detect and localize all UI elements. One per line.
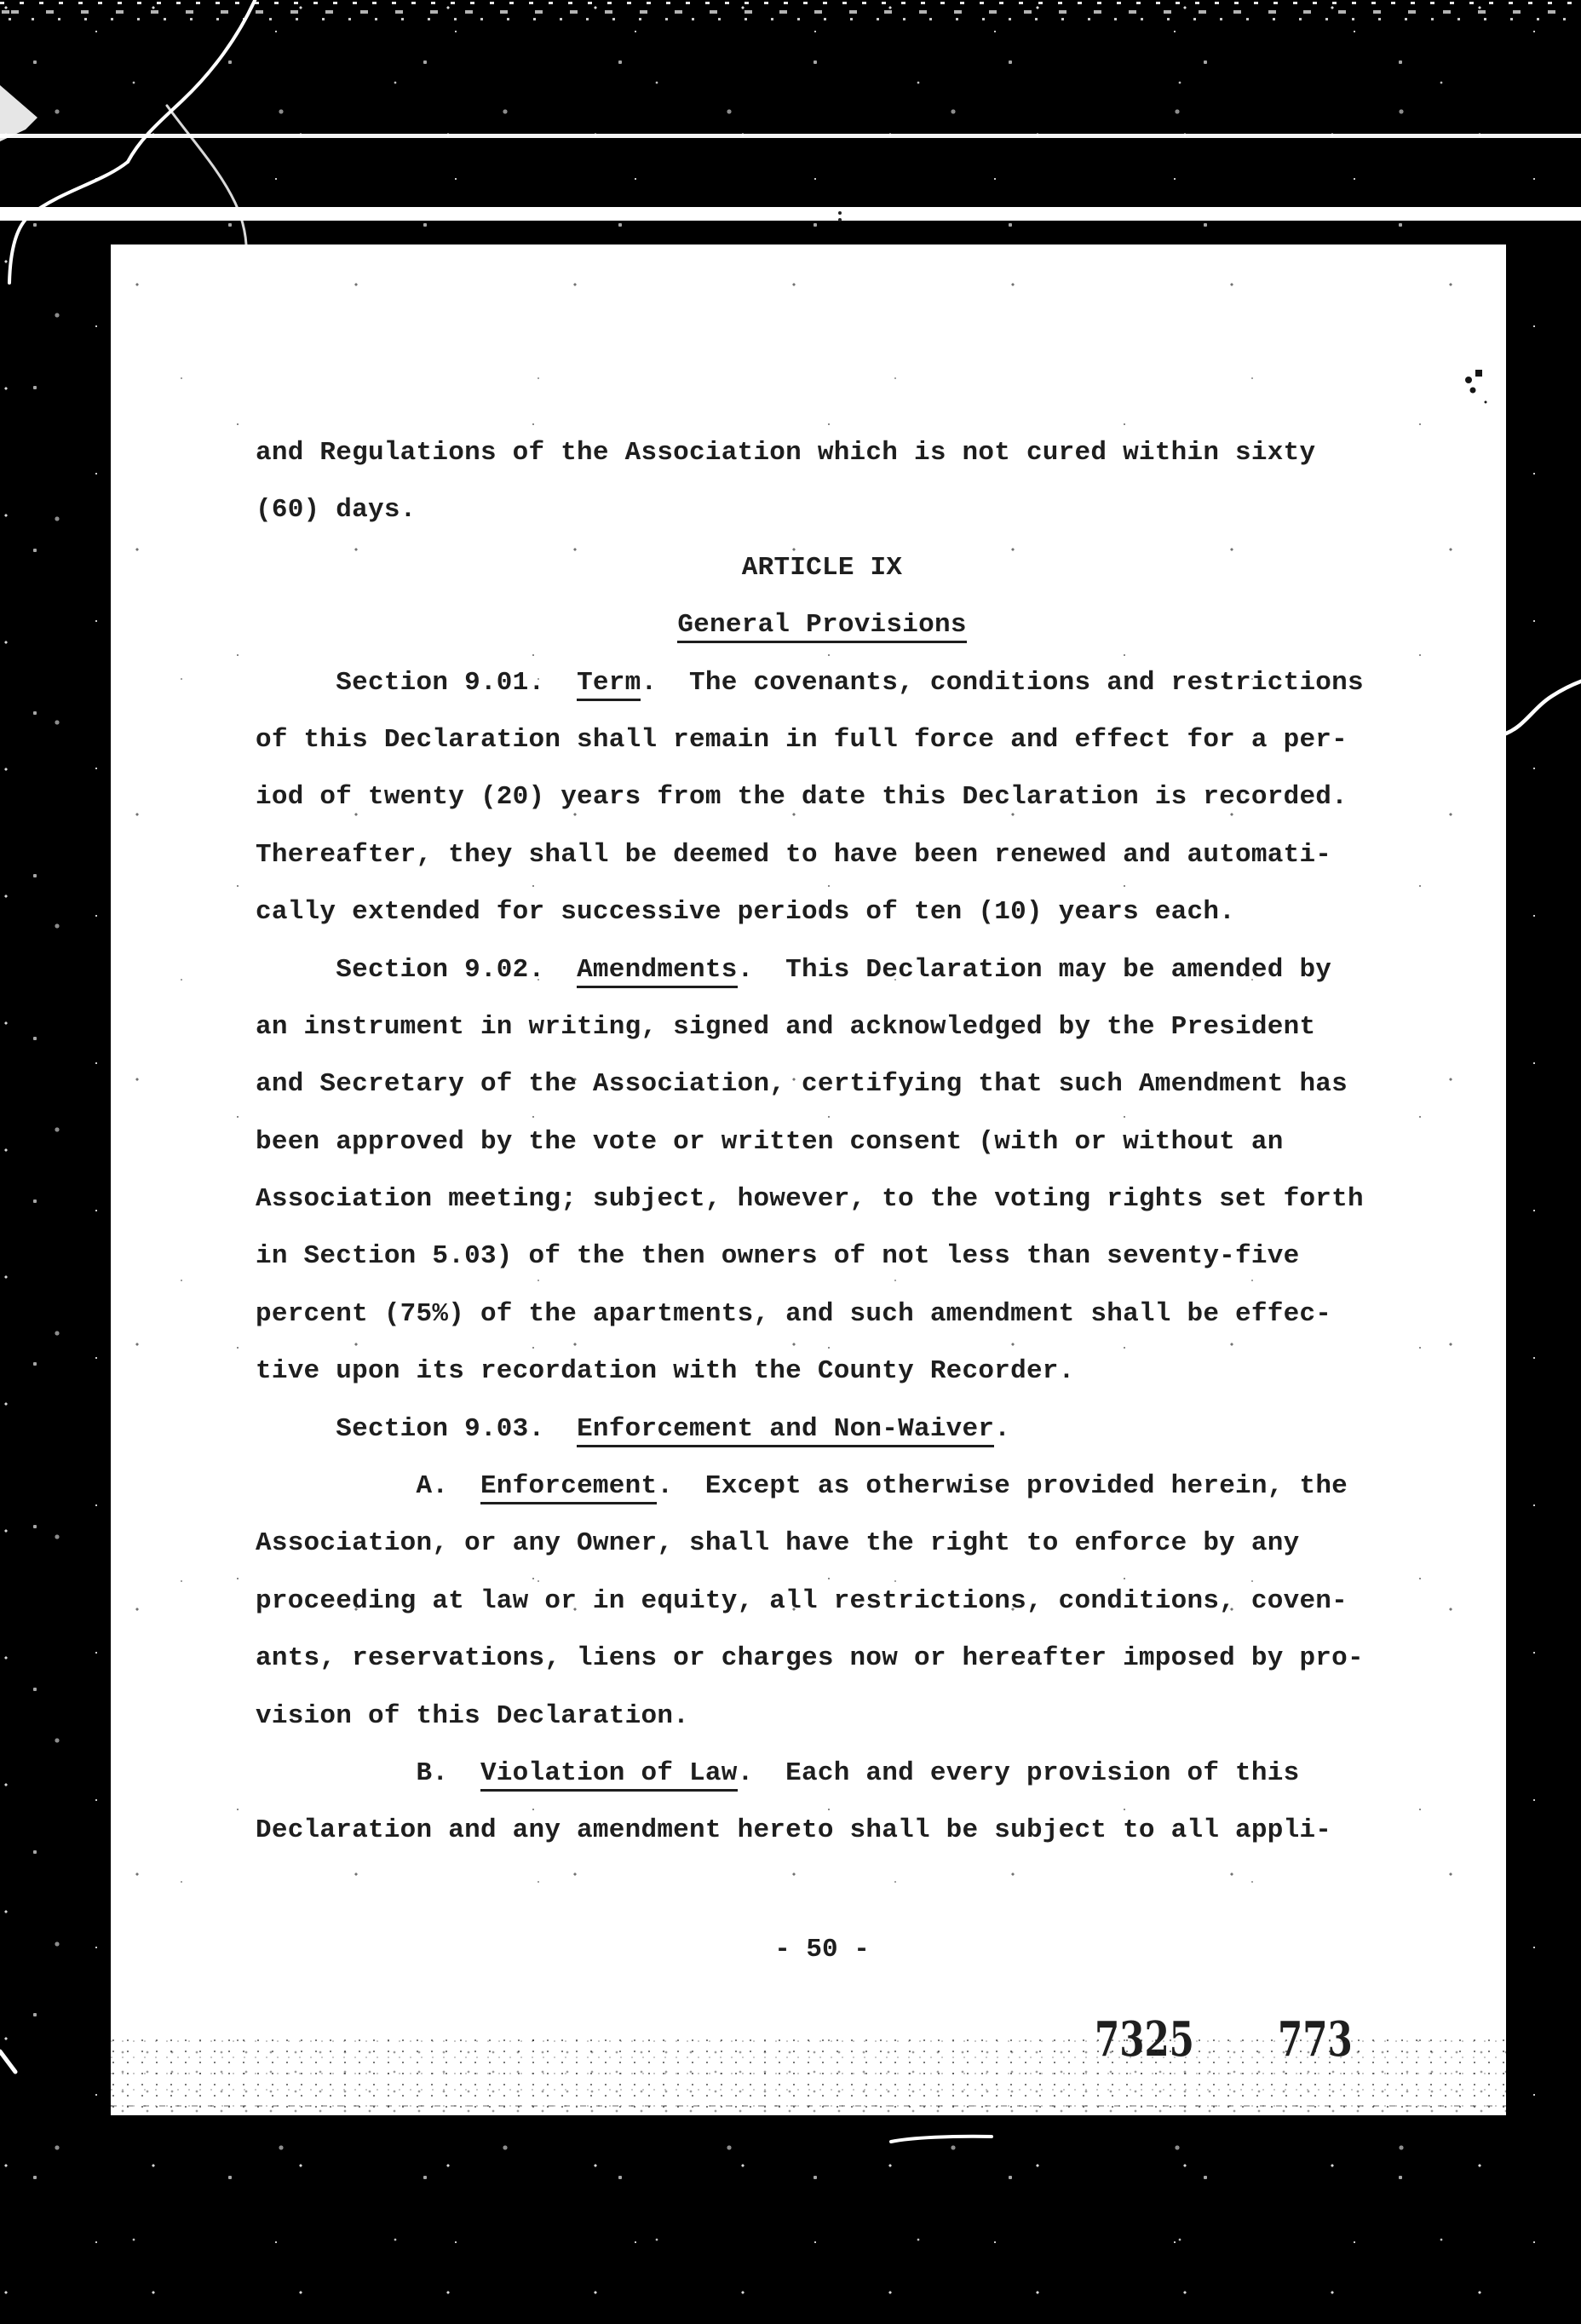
text-line: an instrument in writing, signed and ack… bbox=[256, 998, 1388, 1056]
text-line: Declaration and any amendment hereto sha… bbox=[256, 1802, 1388, 1859]
underlined-text: Enforcement bbox=[480, 1471, 657, 1504]
text-line: tive upon its recordation with the Count… bbox=[256, 1343, 1388, 1400]
text-segment: . This Declaration may be amended by bbox=[738, 955, 1332, 985]
text-segment: (60) days. bbox=[256, 495, 417, 525]
underlined-text: Amendments bbox=[577, 955, 738, 988]
text-line: of this Declaration shall remain in full… bbox=[256, 711, 1388, 768]
text-line: ants, reservations, liens or charges now… bbox=[256, 1630, 1388, 1687]
text-segment: B. bbox=[256, 1758, 480, 1788]
text-segment: iod of twenty (20) years from the date t… bbox=[256, 782, 1348, 812]
text-line: proceeding at law or in equity, all rest… bbox=[256, 1573, 1388, 1630]
page-bottom-noise bbox=[111, 2037, 1506, 2115]
text-line: cally extended for successive periods of… bbox=[256, 883, 1388, 941]
text-line: Thereafter, they shall be deemed to have… bbox=[256, 826, 1388, 883]
text-segment: in Section 5.03) of the then owners of n… bbox=[256, 1241, 1299, 1271]
text-line: been approved by the vote or written con… bbox=[256, 1113, 1388, 1171]
text-segment: Thereafter, they shall be deemed to have… bbox=[256, 840, 1331, 870]
page-number: - 50 - bbox=[256, 1921, 1388, 1978]
text-segment: tive upon its recordation with the Count… bbox=[256, 1356, 1075, 1386]
text-line: (60) days. bbox=[256, 481, 1388, 538]
text-segment: A. bbox=[256, 1471, 480, 1501]
text-segment: cally extended for successive periods of… bbox=[256, 897, 1235, 927]
text-segment: Association meeting; subject, however, t… bbox=[256, 1184, 1364, 1214]
underlined-text: Enforcement and Non-Waiver bbox=[577, 1414, 994, 1447]
text-line: in Section 5.03) of the then owners of n… bbox=[256, 1228, 1388, 1285]
underlined-text: Violation of Law bbox=[480, 1758, 738, 1792]
text-segment: . Each and every provision of this bbox=[738, 1758, 1300, 1788]
text-column: and Regulations of the Association which… bbox=[256, 424, 1388, 1860]
text-segment: vision of this Declaration. bbox=[256, 1701, 689, 1731]
text-segment: . Except as otherwise provided herein, t… bbox=[657, 1471, 1348, 1501]
text-line: Association meeting; subject, however, t… bbox=[256, 1171, 1388, 1228]
scan-artifact-line bbox=[0, 134, 1581, 138]
text-line: Section 9.03. Enforcement and Non-Waiver… bbox=[256, 1401, 1388, 1458]
text-segment: and Regulations of the Association which… bbox=[256, 438, 1315, 468]
text-segment: of this Declaration shall remain in full… bbox=[256, 725, 1348, 755]
text-segment: Section 9.03. bbox=[256, 1414, 577, 1444]
text-line: and Secretary of the Association, certif… bbox=[256, 1056, 1388, 1113]
scan-artifact-band bbox=[0, 207, 1581, 221]
text-segment: Association, or any Owner, shall have th… bbox=[256, 1528, 1299, 1558]
document-page: and Regulations of the Association which… bbox=[111, 244, 1506, 2115]
underlined-text: General Provisions bbox=[677, 610, 966, 643]
text-segment: been approved by the vote or written con… bbox=[256, 1127, 1284, 1157]
text-segment: Declaration and any amendment hereto sha… bbox=[256, 1815, 1331, 1845]
text-line: Association, or any Owner, shall have th… bbox=[256, 1515, 1388, 1572]
text-line: Section 9.01. Term. The covenants, condi… bbox=[256, 654, 1388, 711]
text-line: ARTICLE IX bbox=[256, 539, 1388, 596]
text-line: A. Enforcement. Except as otherwise prov… bbox=[256, 1458, 1388, 1515]
text-segment: proceeding at law or in equity, all rest… bbox=[256, 1586, 1348, 1616]
text-segment: ants, reservations, liens or charges now… bbox=[256, 1643, 1364, 1673]
text-line: B. Violation of Law. Each and every prov… bbox=[256, 1745, 1388, 1802]
text-line: percent (75%) of the apartments, and suc… bbox=[256, 1286, 1388, 1343]
text-segment: an instrument in writing, signed and ack… bbox=[256, 1012, 1315, 1042]
text-line: General Provisions bbox=[256, 596, 1388, 653]
text-line: vision of this Declaration. bbox=[256, 1688, 1388, 1745]
text-segment: percent (75%) of the apartments, and suc… bbox=[256, 1299, 1331, 1329]
text-segment: Section 9.01. bbox=[256, 668, 577, 698]
text-line: and Regulations of the Association which… bbox=[256, 424, 1388, 481]
scan-top-streaks bbox=[0, 0, 1581, 26]
text-segment: . The covenants, conditions and restrict… bbox=[641, 668, 1363, 698]
text-segment: . bbox=[994, 1414, 1010, 1444]
text-line: iod of twenty (20) years from the date t… bbox=[256, 768, 1388, 825]
text-segment: Section 9.02. bbox=[256, 955, 577, 985]
text-line: Section 9.02. Amendments. This Declarati… bbox=[256, 941, 1388, 998]
text-segment: ARTICLE IX bbox=[742, 553, 903, 583]
underlined-text: Term bbox=[577, 668, 641, 701]
text-segment: and Secretary of the Association, certif… bbox=[256, 1069, 1348, 1099]
